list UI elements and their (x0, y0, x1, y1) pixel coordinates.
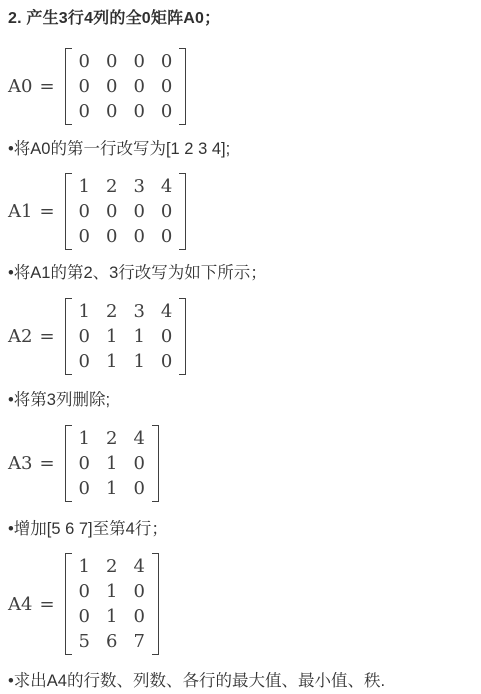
matrix-cell: 3 (133, 174, 144, 199)
matrix-cell: 2 (106, 299, 117, 324)
right-bracket (179, 173, 186, 250)
matrix-cell: 1 (79, 554, 90, 579)
matrix-grid-a2: 123401100110 (72, 297, 180, 376)
matrix-cell: 0 (133, 604, 144, 629)
matrix-cell: 0 (133, 49, 144, 74)
matrix-cell: 0 (79, 349, 90, 374)
matrix-cell: 0 (161, 49, 172, 74)
matrix-cell: 0 (133, 476, 144, 501)
equals-sign: = (39, 76, 54, 97)
matrix-cell: 0 (79, 451, 90, 476)
matrix-cell: 0 (133, 224, 144, 249)
matrix-cell: 1 (106, 324, 117, 349)
matrix-cell: 1 (106, 451, 117, 476)
left-bracket (65, 298, 72, 375)
matrix-cell: 0 (79, 49, 90, 74)
left-bracket (65, 553, 72, 655)
matrix-cell: 0 (133, 99, 144, 124)
right-bracket (179, 48, 186, 125)
matrix-cell: 0 (79, 476, 90, 501)
left-bracket (65, 173, 72, 250)
matrix-cell: 0 (161, 74, 172, 99)
matrix-cell: 0 (79, 99, 90, 124)
matrix-equation-a4: A4 = 124010010567 (8, 552, 471, 656)
matrix-cell: 4 (161, 174, 172, 199)
matrix-cell: 0 (106, 74, 117, 99)
matrix-cell: 7 (133, 629, 144, 654)
matrix-label-a4: A4 (8, 594, 32, 615)
section-heading: 2. 产生3行4列的全0矩阵A0； (8, 8, 471, 30)
matrix-cell: 1 (133, 349, 144, 374)
matrix-cell: 0 (161, 349, 172, 374)
matrix-cell: 0 (106, 224, 117, 249)
document-page: 2. 产生3行4列的全0矩阵A0； A0 = 000000000000 •将A0… (0, 0, 481, 694)
instruction-bullet-3: •将第3列删除; (8, 390, 471, 411)
matrix-cell: 2 (106, 426, 117, 451)
matrix-cell: 0 (79, 224, 90, 249)
matrix-cell: 0 (161, 99, 172, 124)
matrix-cell: 1 (79, 174, 90, 199)
matrix-cell: 1 (106, 604, 117, 629)
left-bracket (65, 425, 72, 502)
matrix-cell: 0 (79, 199, 90, 224)
instruction-bullet-2: •将A1的第2、3行改写为如下所示； (8, 263, 471, 284)
equals-sign: = (39, 453, 54, 474)
matrix-cell: 6 (106, 629, 117, 654)
matrix-cell: 0 (133, 199, 144, 224)
left-bracket (65, 48, 72, 125)
matrix-cell: 0 (79, 579, 90, 604)
matrix-equation-a3: A3 = 124010010 (8, 424, 471, 503)
equals-sign: = (39, 201, 54, 222)
matrix-cell: 0 (161, 224, 172, 249)
matrix-cell: 1 (106, 349, 117, 374)
matrix-cell: 0 (106, 99, 117, 124)
equals-sign: = (39, 594, 54, 615)
right-bracket (152, 553, 159, 655)
matrix-grid-a0: 000000000000 (72, 47, 180, 126)
matrix-equation-a2: A2 = 123401100110 (8, 297, 471, 376)
matrix-cell: 0 (133, 579, 144, 604)
matrix-cell: 1 (79, 426, 90, 451)
matrix-cell: 2 (106, 174, 117, 199)
matrix-cell: 0 (106, 49, 117, 74)
matrix-cell: 4 (161, 299, 172, 324)
matrix-grid-a1: 123400000000 (72, 172, 180, 251)
matrix-cell: 0 (133, 74, 144, 99)
matrix-cell: 0 (79, 74, 90, 99)
matrix-cell: 2 (106, 554, 117, 579)
matrix-cell: 5 (79, 629, 90, 654)
matrix-cell: 1 (106, 579, 117, 604)
matrix-cell: 0 (79, 604, 90, 629)
matrix-label-a2: A2 (8, 326, 32, 347)
matrix-grid-a3: 124010010 (72, 424, 152, 503)
matrix-cell: 0 (106, 199, 117, 224)
matrix-cell: 1 (133, 324, 144, 349)
matrix-equation-a1: A1 = 123400000000 (8, 172, 471, 251)
matrix-label-a1: A1 (8, 201, 32, 222)
equals-sign: = (39, 326, 54, 347)
right-bracket (152, 425, 159, 502)
matrix-cell: 0 (133, 451, 144, 476)
matrix-grid-a4: 124010010567 (72, 552, 152, 656)
instruction-bullet-5: •求出A4的行数、列数、各行的最大值、最小值、秩. (8, 671, 471, 692)
instruction-bullet-1: •将A0的第一行改写为[1 2 3 4]; (8, 139, 471, 160)
matrix-equation-a0: A0 = 000000000000 (8, 47, 471, 126)
instruction-bullet-4: •增加[5 6 7]至第4行； (8, 519, 471, 540)
matrix-label-a0: A0 (8, 76, 32, 97)
matrix-label-a3: A3 (8, 453, 32, 474)
matrix-cell: 0 (161, 199, 172, 224)
matrix-cell: 4 (133, 426, 144, 451)
matrix-cell: 1 (106, 476, 117, 501)
matrix-cell: 4 (133, 554, 144, 579)
matrix-cell: 3 (133, 299, 144, 324)
right-bracket (179, 298, 186, 375)
matrix-cell: 1 (79, 299, 90, 324)
matrix-cell: 0 (79, 324, 90, 349)
matrix-cell: 0 (161, 324, 172, 349)
